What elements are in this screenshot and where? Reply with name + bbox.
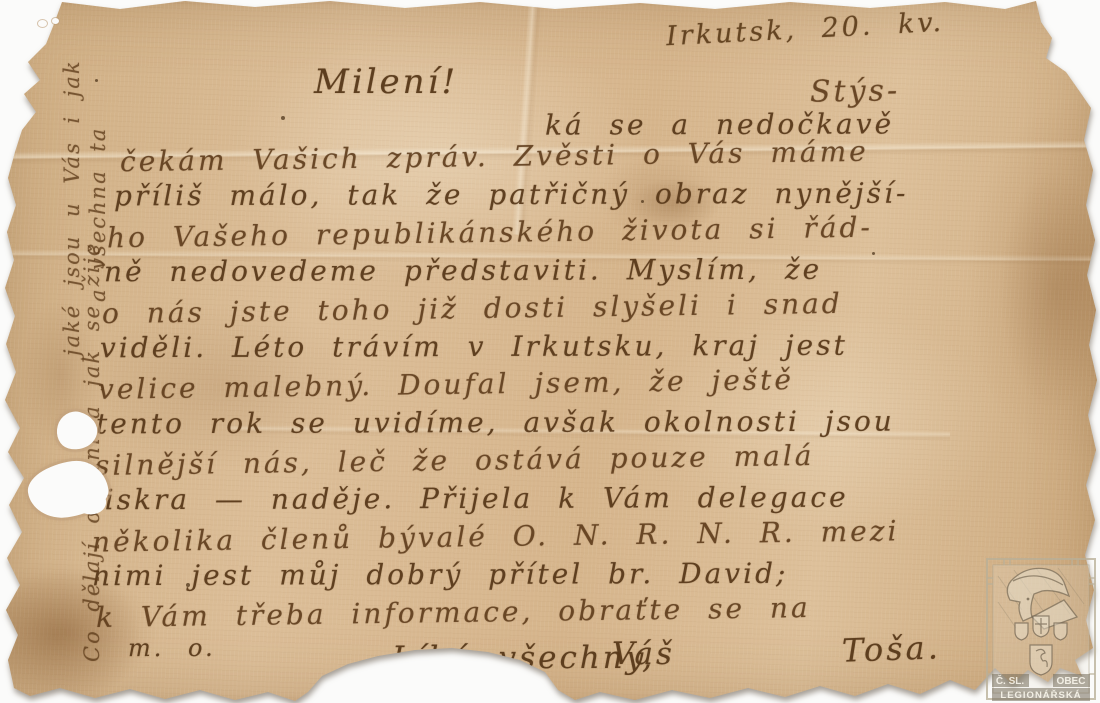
handwriting-line: silnější nás, leč že ostává pouze malá <box>95 439 815 482</box>
watermark-text-csl: Č. SL. <box>996 674 1025 687</box>
handwriting-line: m. o. <box>128 634 216 662</box>
handwriting-line: tento rok se uvidíme, avšak okolnosti js… <box>96 405 895 441</box>
closing-valediction: Váš <box>612 636 675 672</box>
handwriting-line: několika členů bývalé O. N. R. N. R. mez… <box>92 514 900 558</box>
legion-watermark-logo: Č. SL. OBEC LEGIONÁŘSKÁ <box>984 556 1098 702</box>
handwriting-line: Stýs- <box>810 73 901 109</box>
ink-speck <box>186 583 190 587</box>
watermark-text-obec: OBEC <box>1057 676 1086 687</box>
handwriting-line: ho Vašeho republikánského života si řád- <box>107 211 873 255</box>
handwriting-line: čekám Vašich zpráv. Zvěsti o Vás máme <box>120 135 869 178</box>
handwriting-line: nimi jest můj dobrý přítel br. David; <box>92 557 789 592</box>
watermark-text-legionarska: LEGIONÁŘSKÁ <box>1000 689 1081 701</box>
handwriting-line: příliš málo, tak že patřičný obraz nyněj… <box>114 177 909 213</box>
ink-speck <box>281 116 285 120</box>
paper-hole <box>52 18 59 24</box>
handwriting-line: ně nedovedeme představiti. Myslím, že <box>104 253 822 289</box>
handwriting-line: jiskra — naděje. Přijela k Vám delegace <box>93 481 849 517</box>
paper-hole <box>38 20 47 27</box>
salutation: Milení! <box>314 62 458 102</box>
handwriting-line: k Vám třeba informace, obraťte se na <box>96 591 811 634</box>
handwriting-line: o nás jste toho již dosti slyšeli i snad <box>102 287 843 330</box>
margin-note-line: Co dělají ostatní a jak se žije <box>80 242 104 662</box>
ink-speck <box>872 252 875 255</box>
ink-speck <box>641 200 644 203</box>
ink-speck <box>95 79 98 82</box>
handwriting-line: viděli. Léto trávím v Irkutsku, kraj jes… <box>100 329 848 365</box>
signature: Toša. <box>841 628 941 669</box>
dateline: Irkutsk, 20. kv. <box>665 7 944 53</box>
handwriting-layer: Irkutsk, 20. kv. Milení! Stýs-ká se a ne… <box>0 0 1100 703</box>
handwriting-line: velice malebný. Doufal jsem, že ještě <box>98 363 794 406</box>
